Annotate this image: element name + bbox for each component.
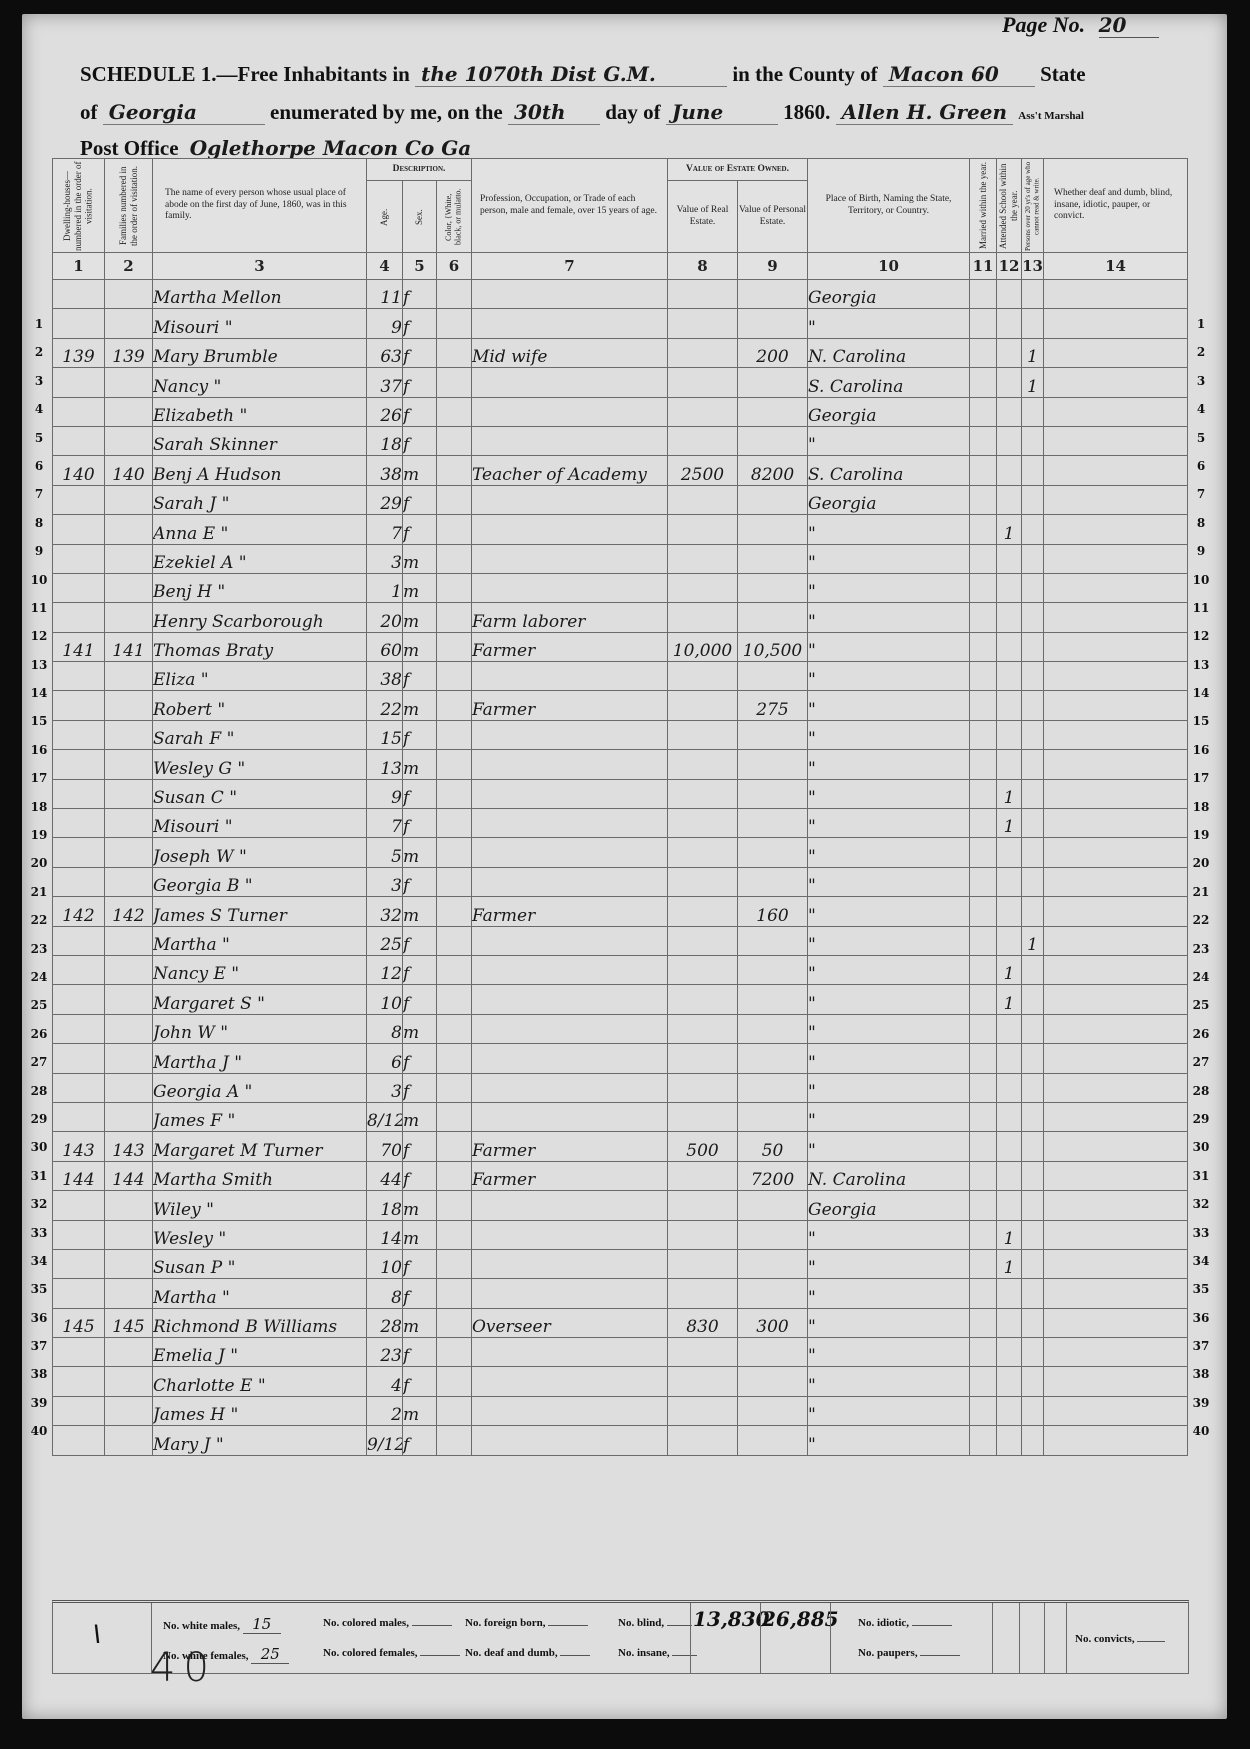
birthplace: " bbox=[808, 691, 970, 720]
married-within-year bbox=[970, 1308, 997, 1337]
dwelling-number bbox=[53, 426, 105, 455]
cannot-read-write bbox=[1022, 1426, 1044, 1455]
line-number: 13 bbox=[28, 651, 50, 679]
col-number: 11 bbox=[970, 253, 997, 280]
family-number: 139 bbox=[105, 338, 153, 367]
birthplace: " bbox=[808, 779, 970, 808]
line-number: 1 bbox=[1190, 310, 1212, 338]
married-within-year bbox=[970, 838, 997, 867]
attended-school bbox=[997, 662, 1022, 691]
line-number: 10 bbox=[28, 566, 50, 594]
real-estate-value bbox=[668, 1338, 738, 1367]
line-number: 23 bbox=[28, 935, 50, 963]
occupation bbox=[472, 1426, 668, 1455]
birthplace: N. Carolina bbox=[808, 338, 970, 367]
married-within-year bbox=[970, 691, 997, 720]
personal-estate-value bbox=[738, 603, 808, 632]
schedule-line: SCHEDULE 1.—Free Inhabitants in the 1070… bbox=[80, 62, 1086, 87]
line-number: 21 bbox=[28, 878, 50, 906]
attended-school bbox=[997, 1338, 1022, 1367]
attended-school bbox=[997, 926, 1022, 955]
line-number: 30 bbox=[28, 1133, 50, 1161]
age: 8 bbox=[367, 1014, 403, 1043]
sex: m bbox=[403, 603, 437, 632]
dwelling-number bbox=[53, 1014, 105, 1043]
attended-school bbox=[997, 1367, 1022, 1396]
table-row: James H "2m" bbox=[53, 1396, 1188, 1425]
dwelling-number bbox=[53, 955, 105, 984]
married-within-year bbox=[970, 515, 997, 544]
married-within-year bbox=[970, 926, 997, 955]
personal-estate-value bbox=[738, 1073, 808, 1102]
married-within-year bbox=[970, 1338, 997, 1367]
occupation bbox=[472, 515, 668, 544]
table-row: Nancy E "12f"1 bbox=[53, 955, 1188, 984]
table-row: Anna E "7f"1 bbox=[53, 515, 1188, 544]
age: 38 bbox=[367, 456, 403, 485]
col-number: 2 bbox=[105, 253, 153, 280]
disability bbox=[1044, 720, 1188, 749]
cannot-read-write bbox=[1022, 1132, 1044, 1161]
married-within-year bbox=[970, 720, 997, 749]
occupation bbox=[472, 926, 668, 955]
birthplace: Georgia bbox=[808, 1191, 970, 1220]
birthplace: S. Carolina bbox=[808, 368, 970, 397]
dwelling-number bbox=[53, 1044, 105, 1073]
real-estate-value: 830 bbox=[668, 1308, 738, 1337]
color bbox=[437, 603, 472, 632]
dwelling-number bbox=[53, 485, 105, 514]
age: 13 bbox=[367, 750, 403, 779]
occupation bbox=[472, 720, 668, 749]
person-name: Georgia A " bbox=[153, 1073, 367, 1102]
line-number: 6 bbox=[28, 452, 50, 480]
header-name: The name of every person whose usual pla… bbox=[153, 159, 367, 253]
white-males-field: No. white males, 15 bbox=[163, 1615, 281, 1634]
col-number: 8 bbox=[668, 253, 738, 280]
table-row: Sarah F "15f" bbox=[53, 720, 1188, 749]
cannot-read-write bbox=[1022, 1308, 1044, 1337]
cannot-read-write bbox=[1022, 662, 1044, 691]
col-number: 9 bbox=[738, 253, 808, 280]
line-number: 16 bbox=[1190, 736, 1212, 764]
personal-estate-value: 50 bbox=[738, 1132, 808, 1161]
birthplace: " bbox=[808, 985, 970, 1014]
sex: m bbox=[403, 632, 437, 661]
sex: f bbox=[403, 368, 437, 397]
age: 15 bbox=[367, 720, 403, 749]
personal-estate-value bbox=[738, 1102, 808, 1131]
sex: f bbox=[403, 1249, 437, 1278]
dwelling-number bbox=[53, 691, 105, 720]
table-row: 144144Martha Smith44fFarmer7200N. Caroli… bbox=[53, 1161, 1188, 1190]
person-name: Susan C " bbox=[153, 779, 367, 808]
disability bbox=[1044, 368, 1188, 397]
real-estate-value bbox=[668, 1014, 738, 1043]
real-estate-value bbox=[668, 368, 738, 397]
occupation bbox=[472, 1220, 668, 1249]
sex: f bbox=[403, 1132, 437, 1161]
real-estate-value bbox=[668, 485, 738, 514]
person-name: Henry Scarborough bbox=[153, 603, 367, 632]
age: 3 bbox=[367, 544, 403, 573]
birthplace: " bbox=[808, 515, 970, 544]
personal-estate-value bbox=[738, 1044, 808, 1073]
birthplace: " bbox=[808, 1102, 970, 1131]
enumerated-label: enumerated by me, on the bbox=[270, 100, 503, 124]
table-row: Benj H "1m" bbox=[53, 573, 1188, 602]
real-estate-value bbox=[668, 397, 738, 426]
birthplace: " bbox=[808, 838, 970, 867]
attended-school bbox=[997, 1161, 1022, 1190]
family-number: 144 bbox=[105, 1161, 153, 1190]
occupation bbox=[472, 1191, 668, 1220]
line-numbers-right: 1234567891011121314151617181920212223242… bbox=[1190, 310, 1212, 1446]
dwelling-number bbox=[53, 750, 105, 779]
attended-school: 1 bbox=[997, 515, 1022, 544]
married-within-year bbox=[970, 867, 997, 896]
attended-school bbox=[997, 1426, 1022, 1455]
sex: f bbox=[403, 280, 437, 309]
occupation bbox=[472, 1338, 668, 1367]
real-estate-value bbox=[668, 779, 738, 808]
personal-estate-value bbox=[738, 720, 808, 749]
color bbox=[437, 515, 472, 544]
family-number bbox=[105, 662, 153, 691]
sex: m bbox=[403, 544, 437, 573]
sex: m bbox=[403, 1308, 437, 1337]
line-number: 14 bbox=[28, 679, 50, 707]
age: 9 bbox=[367, 779, 403, 808]
personal-estate-value bbox=[738, 426, 808, 455]
person-name: Ezekiel A " bbox=[153, 544, 367, 573]
dwelling-number bbox=[53, 1367, 105, 1396]
married-within-year bbox=[970, 456, 997, 485]
disability bbox=[1044, 897, 1188, 926]
birthplace: " bbox=[808, 573, 970, 602]
dwelling-number bbox=[53, 662, 105, 691]
person-name: Martha J " bbox=[153, 1044, 367, 1073]
line-number: 7 bbox=[1190, 480, 1212, 508]
line-number: 32 bbox=[1190, 1190, 1212, 1218]
person-name: Misouri " bbox=[153, 809, 367, 838]
table-row: Joseph W "5m" bbox=[53, 838, 1188, 867]
personal-estate-value: 8200 bbox=[738, 456, 808, 485]
post-office-label: Post Office bbox=[80, 136, 179, 160]
sex: m bbox=[403, 1102, 437, 1131]
birthplace: " bbox=[808, 1132, 970, 1161]
family-number bbox=[105, 309, 153, 338]
attended-school bbox=[997, 603, 1022, 632]
line-number: 5 bbox=[28, 424, 50, 452]
color bbox=[437, 573, 472, 602]
cannot-read-write bbox=[1022, 573, 1044, 602]
color bbox=[437, 309, 472, 338]
married-within-year bbox=[970, 1132, 997, 1161]
dwelling-number bbox=[53, 1102, 105, 1131]
attended-school: 1 bbox=[997, 955, 1022, 984]
line-number: 39 bbox=[28, 1389, 50, 1417]
line-number: 37 bbox=[28, 1332, 50, 1360]
county-label: in the County of bbox=[732, 62, 877, 86]
occupation bbox=[472, 573, 668, 602]
personal-estate-value bbox=[738, 1191, 808, 1220]
color bbox=[437, 1044, 472, 1073]
color bbox=[437, 897, 472, 926]
white-females-value: 25 bbox=[251, 1645, 289, 1664]
occupation bbox=[472, 280, 668, 309]
occupation bbox=[472, 955, 668, 984]
married-within-year bbox=[970, 1161, 997, 1190]
dwelling-number bbox=[53, 1426, 105, 1455]
table-row: Eliza "38f" bbox=[53, 662, 1188, 691]
line-number: 34 bbox=[28, 1247, 50, 1275]
attended-school bbox=[997, 1396, 1022, 1425]
line-number: 29 bbox=[1190, 1105, 1212, 1133]
disability bbox=[1044, 779, 1188, 808]
family-number bbox=[105, 397, 153, 426]
person-name: Thomas Braty bbox=[153, 632, 367, 661]
age: 26 bbox=[367, 397, 403, 426]
real-estate-value bbox=[668, 1426, 738, 1455]
col-number: 6 bbox=[437, 253, 472, 280]
person-name: Wesley G " bbox=[153, 750, 367, 779]
person-name: Sarah F " bbox=[153, 720, 367, 749]
family-number: 145 bbox=[105, 1308, 153, 1337]
table-row: James F "8/12m" bbox=[53, 1102, 1188, 1131]
personal-estate-value bbox=[738, 573, 808, 602]
header-sex: Sex. bbox=[403, 181, 437, 253]
line-number: 11 bbox=[1190, 594, 1212, 622]
table-row: 142142James S Turner32mFarmer160" bbox=[53, 897, 1188, 926]
person-name: Margaret S " bbox=[153, 985, 367, 1014]
line-number: 9 bbox=[28, 537, 50, 565]
person-name: Anna E " bbox=[153, 515, 367, 544]
line-number: 12 bbox=[28, 622, 50, 650]
disability bbox=[1044, 1279, 1188, 1308]
sex: f bbox=[403, 955, 437, 984]
blind-field: No. blind, bbox=[618, 1617, 692, 1629]
family-number bbox=[105, 1338, 153, 1367]
real-estate-value bbox=[668, 1279, 738, 1308]
occupation bbox=[472, 485, 668, 514]
cannot-read-write bbox=[1022, 955, 1044, 984]
married-within-year bbox=[970, 1396, 997, 1425]
married-within-year bbox=[970, 1367, 997, 1396]
attended-school bbox=[997, 573, 1022, 602]
line-number: 36 bbox=[1190, 1304, 1212, 1332]
person-name: Nancy E " bbox=[153, 955, 367, 984]
family-number bbox=[105, 838, 153, 867]
header-occupation: Profession, Occupation, or Trade of each… bbox=[472, 159, 668, 253]
cannot-read-write bbox=[1022, 1367, 1044, 1396]
col-number: 12 bbox=[997, 253, 1022, 280]
sex: f bbox=[403, 1367, 437, 1396]
birthplace: " bbox=[808, 632, 970, 661]
line-number: 20 bbox=[28, 849, 50, 877]
personal-estate-value bbox=[738, 1220, 808, 1249]
line-number: 18 bbox=[1190, 793, 1212, 821]
occupation bbox=[472, 809, 668, 838]
occupation: Farm laborer bbox=[472, 603, 668, 632]
occupation bbox=[472, 1014, 668, 1043]
birthplace: Georgia bbox=[808, 485, 970, 514]
married-within-year bbox=[970, 632, 997, 661]
birthplace: " bbox=[808, 1220, 970, 1249]
sex: m bbox=[403, 1014, 437, 1043]
sex: f bbox=[403, 662, 437, 691]
personal-estate-value bbox=[738, 1014, 808, 1043]
header-family: Families numbered in the order of visita… bbox=[105, 159, 153, 253]
sex: m bbox=[403, 1396, 437, 1425]
disability bbox=[1044, 662, 1188, 691]
personal-estate-value bbox=[738, 1367, 808, 1396]
married-within-year bbox=[970, 397, 997, 426]
real-estate-value bbox=[668, 691, 738, 720]
schedule-title: SCHEDULE 1.—Free Inhabitants in bbox=[80, 62, 410, 86]
occupation bbox=[472, 867, 668, 896]
family-number bbox=[105, 280, 153, 309]
real-estate-value bbox=[668, 809, 738, 838]
line-number: 24 bbox=[1190, 963, 1212, 991]
attended-school bbox=[997, 1132, 1022, 1161]
cannot-read-write bbox=[1022, 867, 1044, 896]
total-personal-estate: 26,885 bbox=[762, 1607, 839, 1631]
header-dwelling: Dwelling-houses—numbered in the order of… bbox=[53, 159, 105, 253]
age: 8 bbox=[367, 1279, 403, 1308]
age: 28 bbox=[367, 1308, 403, 1337]
table-row: Misouri "9f" bbox=[53, 309, 1188, 338]
line-number: 27 bbox=[1190, 1048, 1212, 1076]
personal-estate-value bbox=[738, 1426, 808, 1455]
disability bbox=[1044, 691, 1188, 720]
dwelling-number: 142 bbox=[53, 897, 105, 926]
col-number: 4 bbox=[367, 253, 403, 280]
disability bbox=[1044, 603, 1188, 632]
dwelling-number bbox=[53, 809, 105, 838]
state-label: State bbox=[1040, 62, 1086, 86]
line-number: 35 bbox=[28, 1275, 50, 1303]
occupation bbox=[472, 544, 668, 573]
color bbox=[437, 338, 472, 367]
occupation: Mid wife bbox=[472, 338, 668, 367]
family-number bbox=[105, 955, 153, 984]
person-name: Sarah J " bbox=[153, 485, 367, 514]
disability bbox=[1044, 573, 1188, 602]
line-number: 26 bbox=[28, 1020, 50, 1048]
occupation bbox=[472, 397, 668, 426]
person-name: Robert " bbox=[153, 691, 367, 720]
line-number: 3 bbox=[1190, 367, 1212, 395]
cannot-read-write bbox=[1022, 1396, 1044, 1425]
real-estate-value bbox=[668, 720, 738, 749]
line-number: 22 bbox=[28, 906, 50, 934]
age: 18 bbox=[367, 1191, 403, 1220]
person-name: Wiley " bbox=[153, 1191, 367, 1220]
sex: f bbox=[403, 426, 437, 455]
line-number: 3 bbox=[28, 367, 50, 395]
person-name: Susan P " bbox=[153, 1249, 367, 1278]
attended-school bbox=[997, 485, 1022, 514]
attended-school: 1 bbox=[997, 985, 1022, 1014]
sex: f bbox=[403, 338, 437, 367]
header-age: Age. bbox=[367, 181, 403, 253]
line-number: 27 bbox=[28, 1048, 50, 1076]
person-name: Wesley " bbox=[153, 1220, 367, 1249]
table-row: Robert "22mFarmer275" bbox=[53, 691, 1188, 720]
line-number: 1 bbox=[28, 310, 50, 338]
real-estate-value bbox=[668, 838, 738, 867]
table-row: 143143Margaret M Turner70fFarmer50050" bbox=[53, 1132, 1188, 1161]
cannot-read-write bbox=[1022, 779, 1044, 808]
occupation bbox=[472, 1102, 668, 1131]
dwelling-number bbox=[53, 1338, 105, 1367]
birthplace: Georgia bbox=[808, 397, 970, 426]
color bbox=[437, 485, 472, 514]
disability bbox=[1044, 955, 1188, 984]
married-within-year bbox=[970, 1191, 997, 1220]
cannot-read-write bbox=[1022, 1044, 1044, 1073]
line-number: 9 bbox=[1190, 537, 1212, 565]
person-name: Charlotte E " bbox=[153, 1367, 367, 1396]
personal-estate-value bbox=[738, 926, 808, 955]
color bbox=[437, 662, 472, 691]
birthplace: S. Carolina bbox=[808, 456, 970, 485]
real-estate-value bbox=[668, 926, 738, 955]
line-number: 38 bbox=[28, 1360, 50, 1388]
line-number: 4 bbox=[28, 395, 50, 423]
attended-school bbox=[997, 1308, 1022, 1337]
real-estate-value bbox=[668, 1191, 738, 1220]
dwelling-number: 141 bbox=[53, 632, 105, 661]
cannot-read-write bbox=[1022, 485, 1044, 514]
color bbox=[437, 1249, 472, 1278]
header-school: Attended School within the year. bbox=[997, 159, 1022, 253]
disability bbox=[1044, 838, 1188, 867]
married-within-year bbox=[970, 1279, 997, 1308]
disability bbox=[1044, 926, 1188, 955]
header-married: Married within the year. bbox=[970, 159, 997, 253]
line-number: 24 bbox=[28, 963, 50, 991]
cannot-read-write bbox=[1022, 985, 1044, 1014]
dwelling-number bbox=[53, 1396, 105, 1425]
cannot-read-write bbox=[1022, 1338, 1044, 1367]
sex: f bbox=[403, 809, 437, 838]
color bbox=[437, 1132, 472, 1161]
person-name: Eliza " bbox=[153, 662, 367, 691]
disability bbox=[1044, 632, 1188, 661]
personal-estate-value bbox=[738, 1396, 808, 1425]
personal-estate-value bbox=[738, 485, 808, 514]
attended-school bbox=[997, 309, 1022, 338]
occupation bbox=[472, 426, 668, 455]
colored-females-field: No. colored females, bbox=[323, 1647, 460, 1659]
married-within-year bbox=[970, 603, 997, 632]
birthplace: " bbox=[808, 1249, 970, 1278]
married-within-year bbox=[970, 426, 997, 455]
sex: f bbox=[403, 1426, 437, 1455]
dwelling-number bbox=[53, 1249, 105, 1278]
marshal-label: Ass't Marshal bbox=[1018, 110, 1084, 122]
real-estate-value bbox=[668, 426, 738, 455]
attended-school bbox=[997, 397, 1022, 426]
table-row: 145145Richmond B Williams28mOverseer8303… bbox=[53, 1308, 1188, 1337]
real-estate-value bbox=[668, 1102, 738, 1131]
line-number: 40 bbox=[28, 1417, 50, 1445]
birthplace: " bbox=[808, 1279, 970, 1308]
line-number: 40 bbox=[1190, 1417, 1212, 1445]
family-number: 143 bbox=[105, 1132, 153, 1161]
